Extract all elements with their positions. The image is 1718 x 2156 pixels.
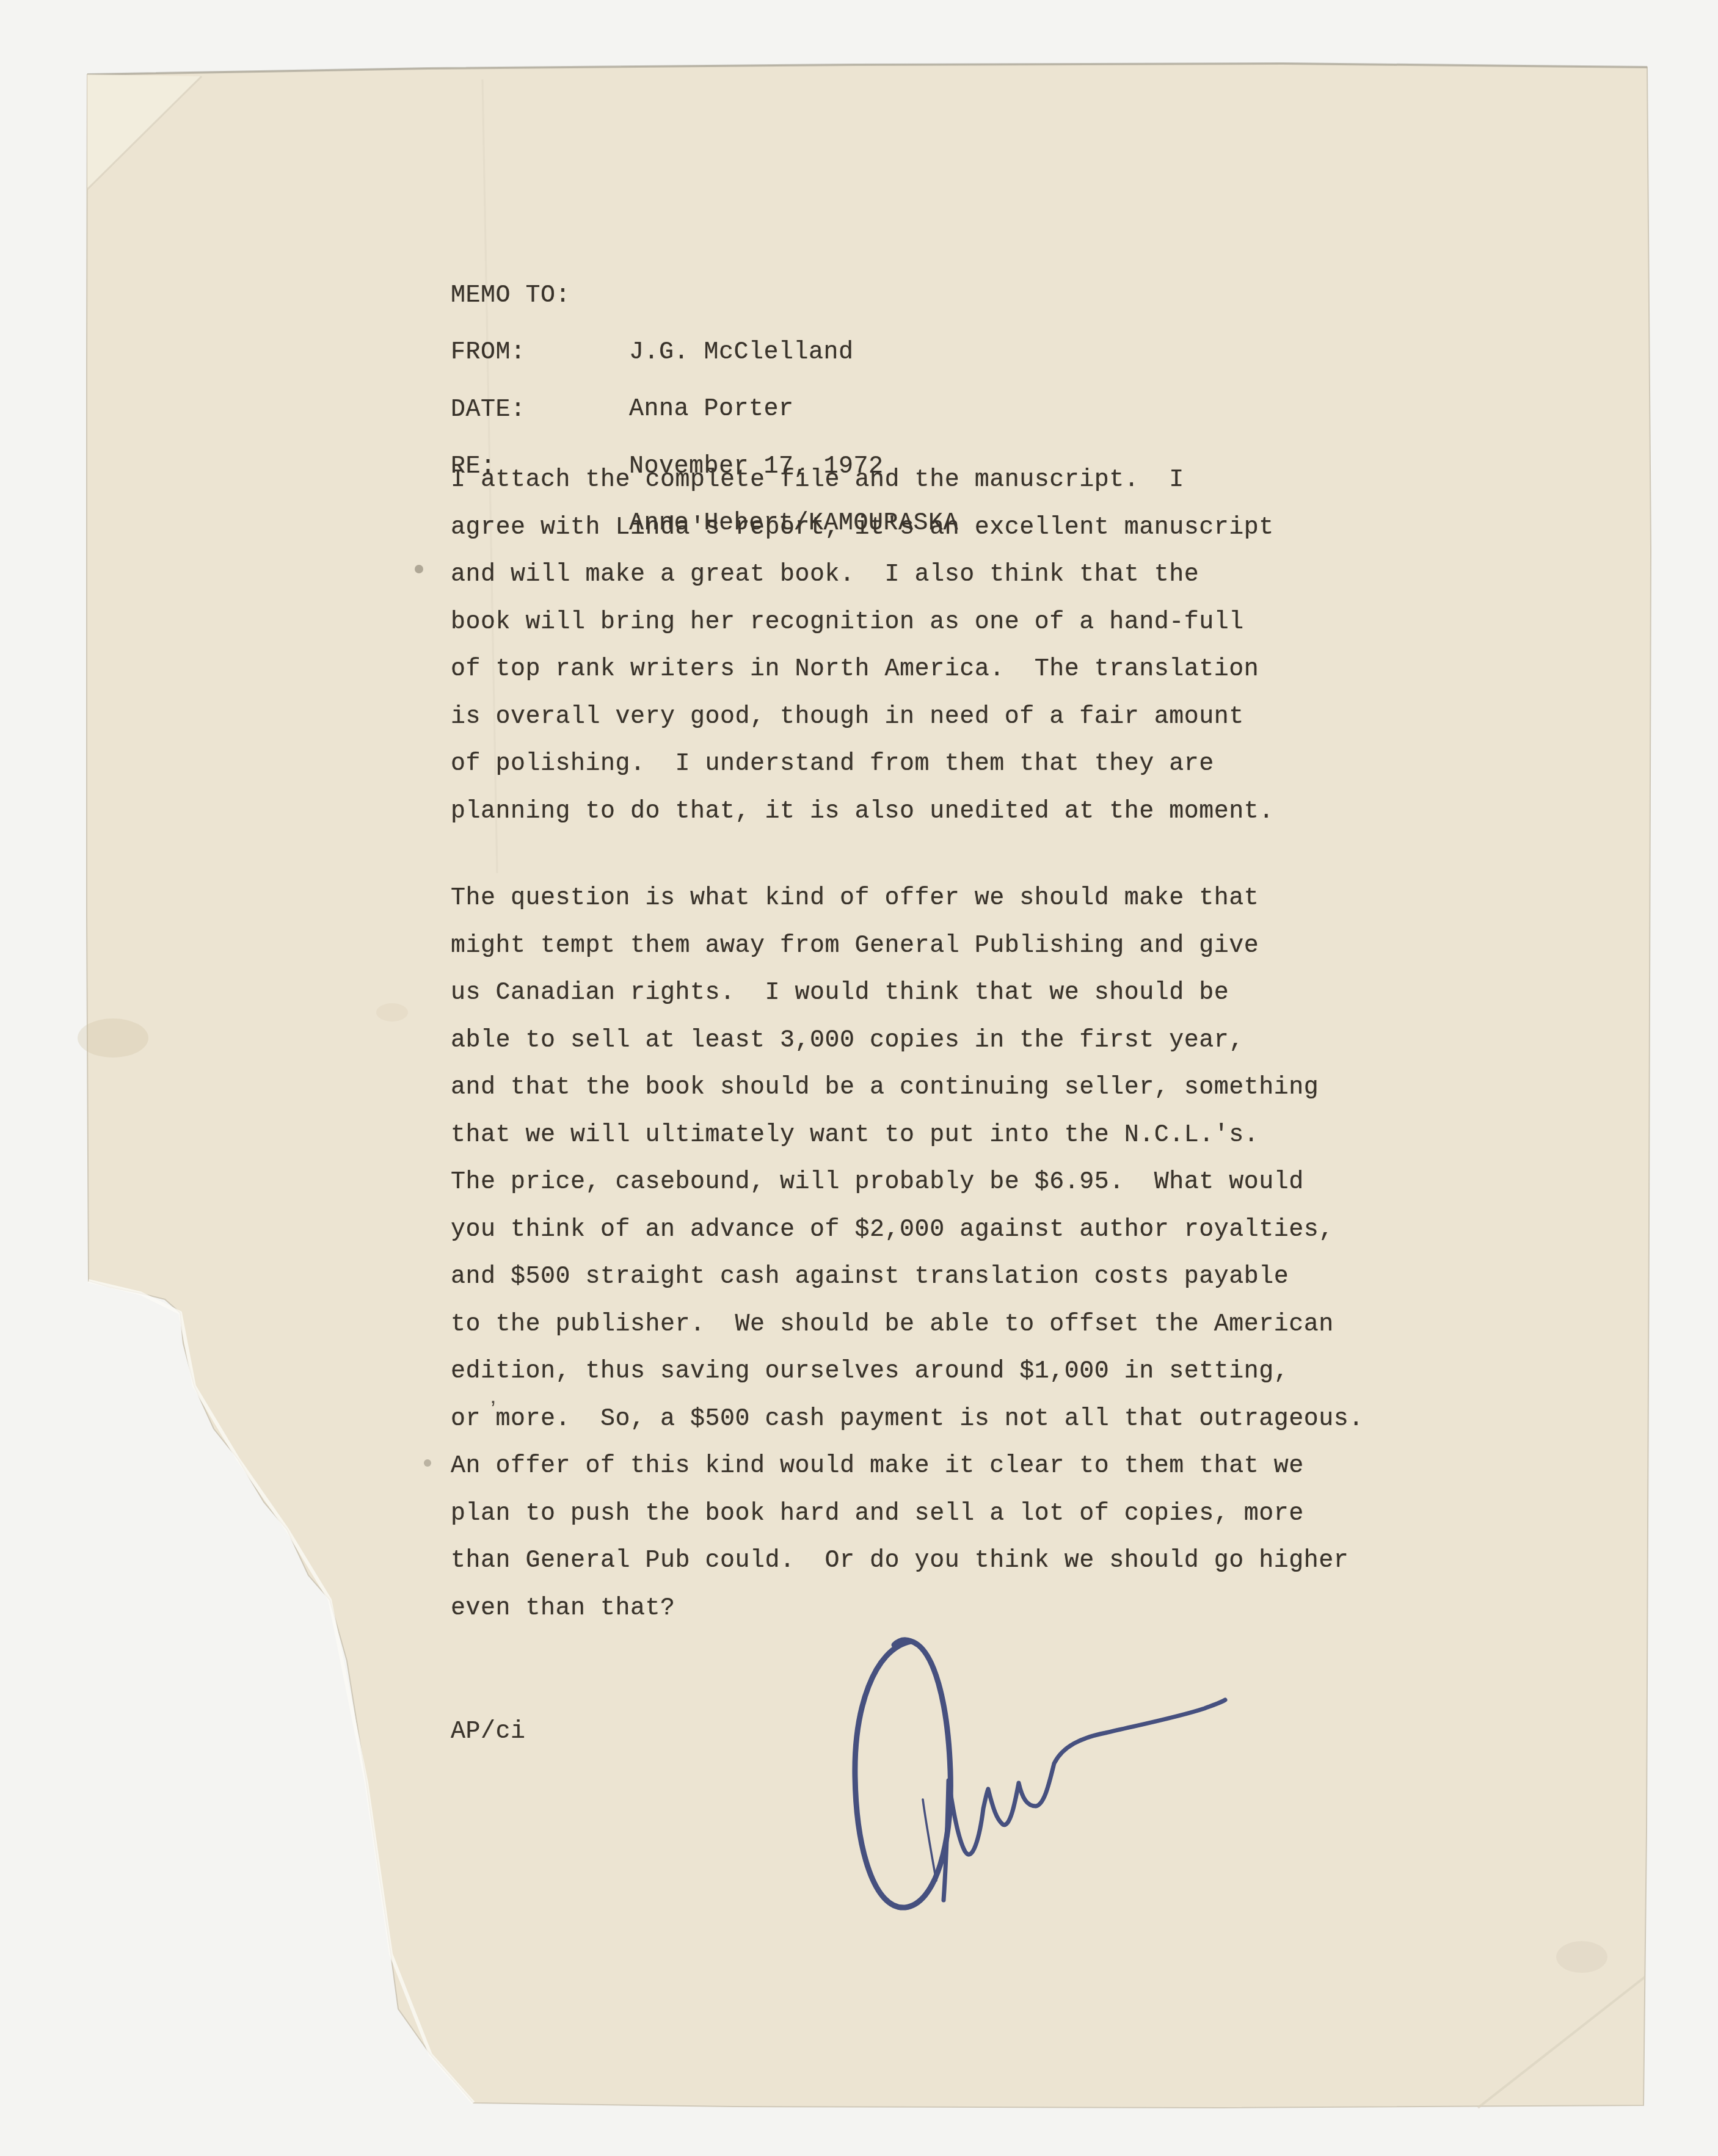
memo-page: MEMO TO: J.G. McClelland FROM: Anna Port…	[0, 0, 1718, 2156]
typist-initials: AP/ci	[451, 1708, 526, 1756]
header-row-from: FROM: Anna Porter	[451, 267, 570, 324]
typed-text-layer: MEMO TO: J.G. McClelland FROM: Anna Port…	[0, 0, 1718, 2156]
from-value: Anna Porter	[629, 381, 794, 438]
header-row-re: RE: Anne Hebert/KAMOURASKA	[451, 382, 570, 438]
header-row-memo-to: MEMO TO: J.G. McClelland	[451, 211, 570, 267]
stray-ink-mark: ʼ	[486, 1399, 500, 1426]
memo-to-value: J.G. McClelland	[629, 324, 854, 381]
body-paragraph-2: The question is what kind of offer we sh…	[451, 875, 1364, 1632]
header-row-date: DATE: November 17, 1972	[451, 325, 570, 382]
body-paragraph-1: I attach the complete file and the manus…	[451, 457, 1274, 835]
